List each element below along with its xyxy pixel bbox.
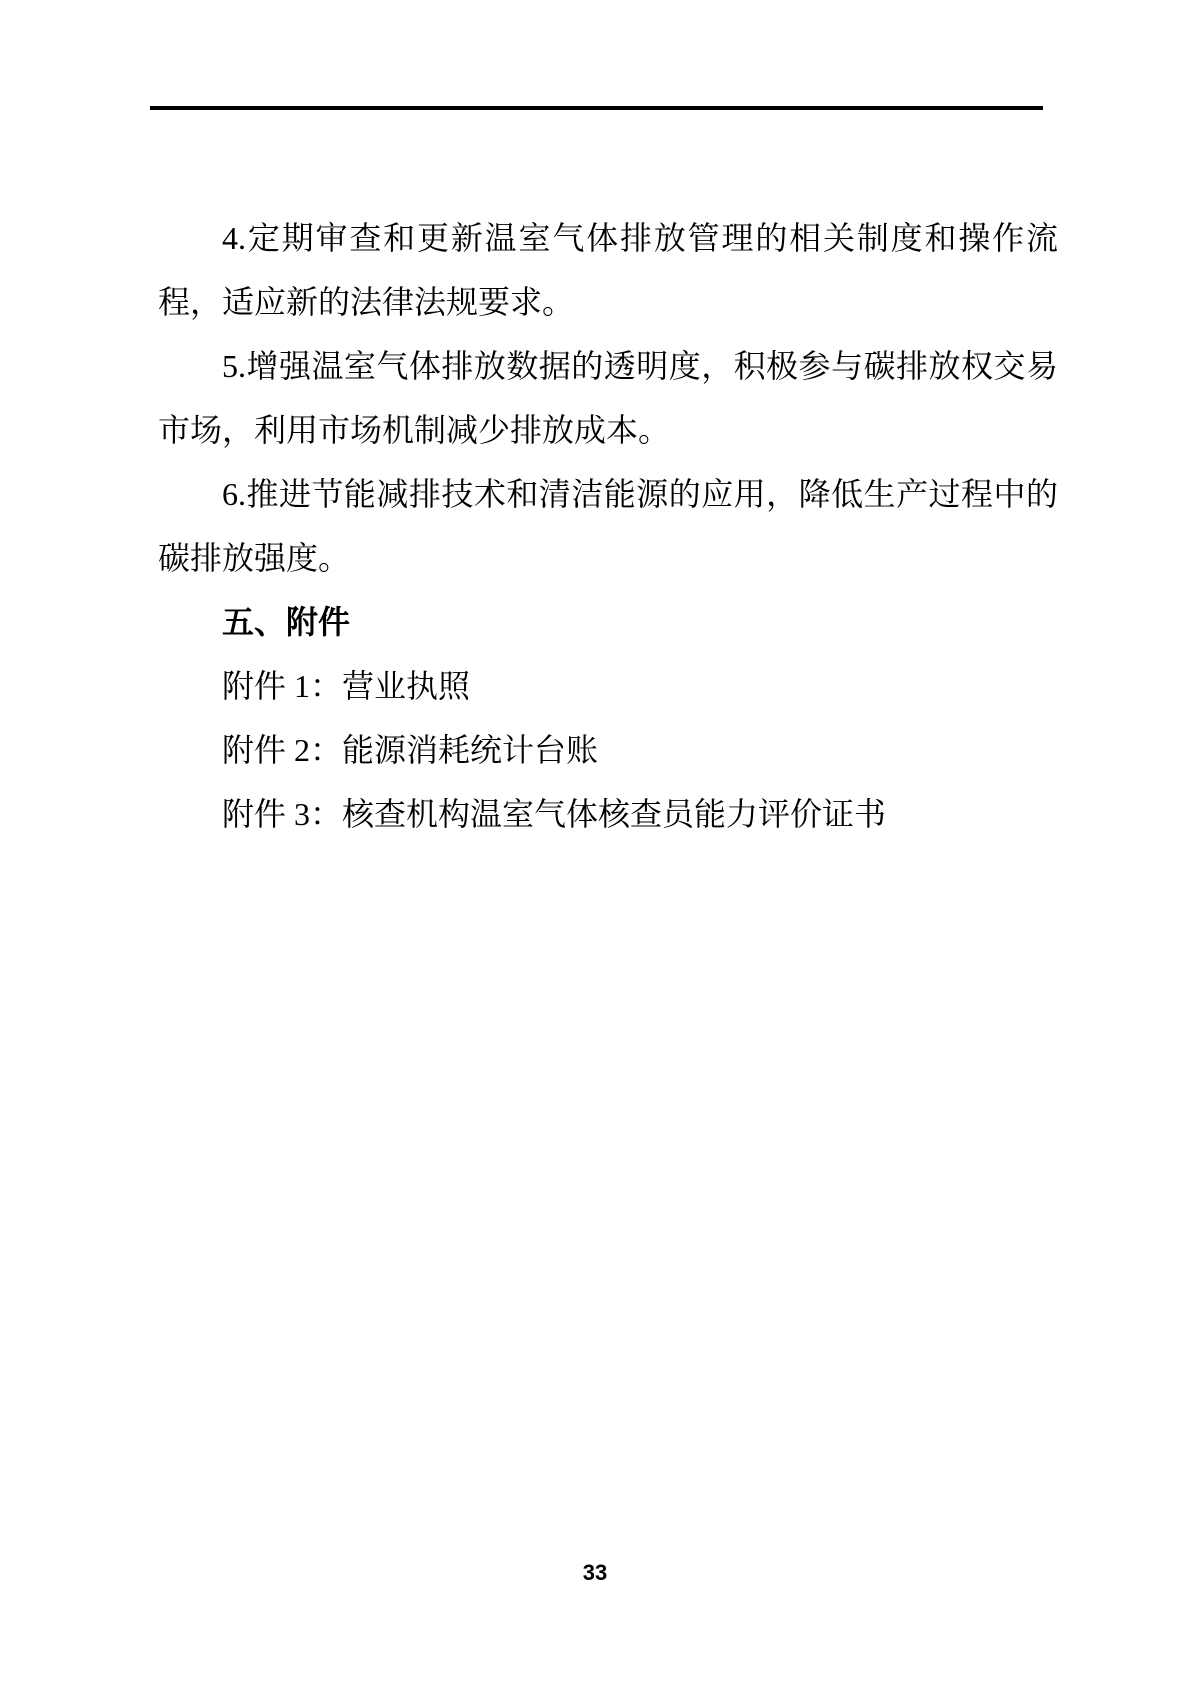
page-footer: 33	[0, 1558, 1190, 1588]
paragraph-6-line-1: 6.推进节能减排技术和清洁能源的应用，降低生产过程中的	[158, 462, 1058, 526]
page-number: 33	[583, 1560, 607, 1585]
paragraph-6-line-2: 碳排放强度。	[158, 526, 1058, 590]
attachment-item-1: 附件 1：营业执照	[158, 654, 1058, 718]
attachment-item-2: 附件 2：能源消耗统计台账	[158, 718, 1058, 782]
paragraph-4-line-2: 程，适应新的法律法规要求。	[158, 270, 1058, 334]
document-body: 4.定期审查和更新温室气体排放管理的相关制度和操作流 程，适应新的法律法规要求。…	[158, 206, 1058, 846]
header-divider-line	[150, 106, 1043, 110]
paragraph-5-line-2: 市场，利用市场机制减少排放成本。	[158, 398, 1058, 462]
document-page: 4.定期审查和更新温室气体排放管理的相关制度和操作流 程，适应新的法律法规要求。…	[0, 0, 1190, 1683]
attachment-item-3: 附件 3：核查机构温室气体核查员能力评价证书	[158, 782, 1058, 846]
paragraph-4-line-1: 4.定期审查和更新温室气体排放管理的相关制度和操作流	[158, 206, 1058, 270]
section-heading-attachments: 五、附件	[158, 590, 1058, 654]
paragraph-5-line-1: 5.增强温室气体排放数据的透明度，积极参与碳排放权交易	[158, 334, 1058, 398]
